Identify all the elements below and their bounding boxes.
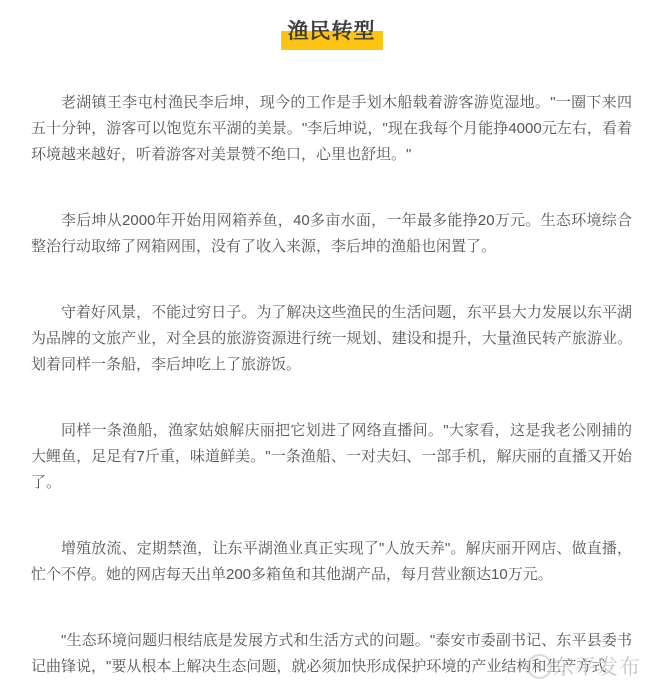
paragraph-4: 同样一条渔船，渔家姑娘解庆丽把它划进了网络直播间。"大家看，这是我老公刚捕的大鲤…	[31, 418, 632, 496]
page-title: 渔民转型	[31, 17, 632, 50]
title-highlight: 渔民转型	[281, 17, 383, 50]
paragraph-1: 老湖镇王李屯村渔民李后坤，现今的工作是手划木船载着游客游览湿地。"一圈下来四五十…	[31, 90, 632, 168]
paragraph-2: 李后坤从2000年开始用网箱养鱼，40多亩水面，一年最多能挣20万元。生态环境综…	[31, 208, 632, 260]
article-page: { "page": { "background": "#ffffff", "te…	[0, 0, 663, 687]
paragraph-5: 增殖放流、定期禁渔，让东平湖渔业真正实现了"人放天养"。解庆丽开网店、做直播，忙…	[31, 536, 632, 588]
paragraph-3: 守着好风景，不能过穷日子。为了解决这些渔民的生活问题，东平县大力发展以东平湖为品…	[31, 300, 632, 378]
article-body: 老湖镇王李屯村渔民李后坤，现今的工作是手划木船载着游客游览湿地。"一圈下来四五十…	[31, 90, 632, 680]
paragraph-6: "生态环境问题归根结底是发展方式和生活方式的问题。"泰安市委副书记、东平县委书记…	[31, 628, 632, 680]
